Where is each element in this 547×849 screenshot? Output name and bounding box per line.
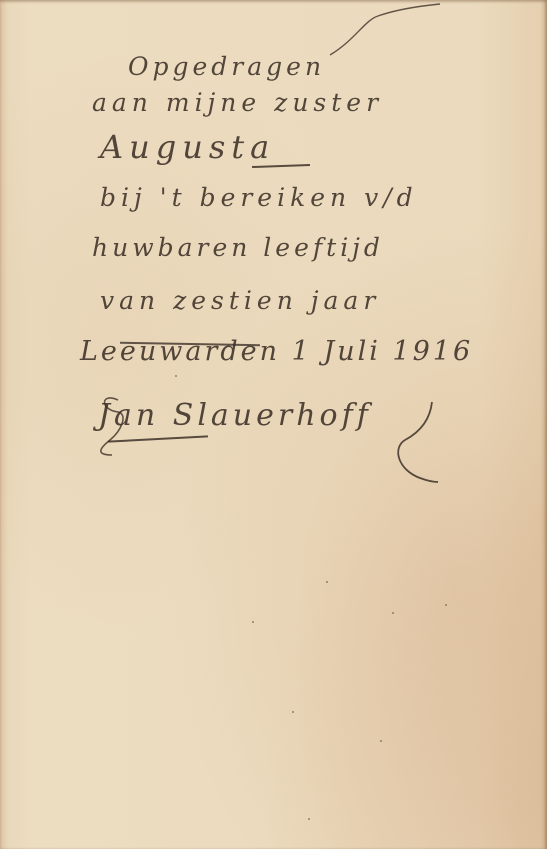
- paper-speck: [326, 581, 328, 583]
- paper-speck: [392, 612, 394, 614]
- dedication-occasion-line-3: van zestien jaar: [100, 286, 380, 315]
- dedication-occasion-line-2: huwbaren leeftijd: [92, 233, 384, 262]
- paper-speck: [292, 711, 294, 713]
- dedication-recipient-line: aan mijne zuster: [92, 88, 383, 117]
- dedication-recipient-name: Augusta: [100, 128, 275, 166]
- dedication-heading: Opgedragen: [128, 52, 325, 81]
- dedication-occasion-line-1: bij 't bereiken v/d: [100, 183, 418, 212]
- signature-underline: [108, 435, 208, 442]
- paper-speck: [445, 604, 447, 606]
- paper-speck: [380, 740, 382, 742]
- paper-speck: [308, 818, 310, 820]
- paper-speck: [175, 375, 177, 377]
- place-and-date: Leeuwarden 1 Juli 1916: [80, 336, 473, 367]
- signature: Jan Slauerhoff: [98, 398, 372, 433]
- book-page: Opgedragen aan mijne zuster Augusta bij …: [0, 0, 547, 849]
- paper-speck: [252, 621, 254, 623]
